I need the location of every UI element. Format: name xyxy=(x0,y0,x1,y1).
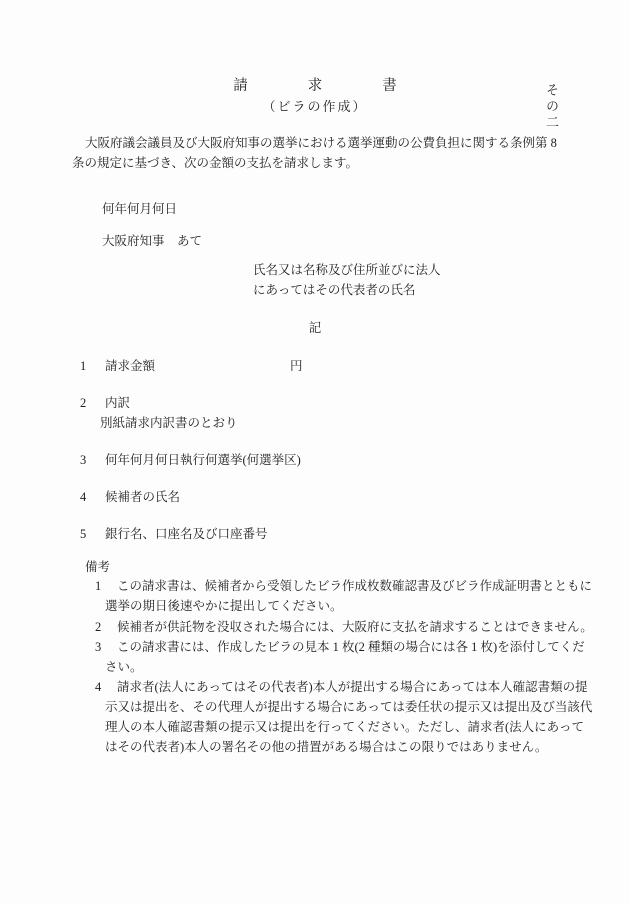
page-title: 請求書 xyxy=(0,76,630,96)
remark-item: 4請求者(法人にあってはその代表者)本人が提出する場合にあっては本人確認書類の提… xyxy=(105,677,593,757)
addressee-line: 大阪府知事 あて xyxy=(102,231,202,251)
remarks-heading: 備考 xyxy=(85,557,110,577)
item-label: 何年何月何日執行何選挙(何選挙区) xyxy=(105,453,301,467)
claimant-note-line2: にあってはその代表者の氏名 xyxy=(253,281,441,301)
item-label: 内訳 xyxy=(105,396,130,410)
item-claim-amount: 1請求金額 円 xyxy=(80,356,155,376)
item-candidate-name: 4候補者の氏名 xyxy=(80,487,180,507)
claimant-name-note: 氏名又は名称及び住所並びに法人 にあってはその代表者の氏名 xyxy=(253,261,441,300)
claimant-note-line1: 氏名又は名称及び住所並びに法人 xyxy=(253,261,441,281)
remark-item: 3この請求書には、作成したビラの見本 1 枚(2 種類の場合には各 1 枚)を添… xyxy=(105,637,593,677)
item-election: 3何年何月何日執行何選挙(何選挙区) xyxy=(80,450,301,470)
remark-text: 候補者が供託物を没収された場合には、大阪府に支払を請求することはできません。 xyxy=(117,620,593,634)
remark-number: 2 xyxy=(95,617,117,637)
remark-text: この請求書には、作成したビラの見本 1 枚(2 種類の場合には各 1 枚)を添付… xyxy=(105,640,585,674)
item-number: 1 xyxy=(80,356,105,376)
record-marker: 記 xyxy=(0,318,630,338)
item-number: 4 xyxy=(80,487,105,507)
remark-text: この請求書は、候補者から受領したビラ作成枚数確認書及びビラ作成証明書とともに選挙… xyxy=(105,579,592,613)
remark-text: 請求者(法人にあってはその代表者)本人が提出する場合にあっては本人確認書類の提示… xyxy=(105,680,592,754)
remark-number: 4 xyxy=(95,677,117,697)
sheet-number-label: その二 xyxy=(543,83,559,131)
invoice-form-page: 請求書 （ビラの作成） その二 大阪府議会議員及び大阪府知事の選挙における選挙運… xyxy=(0,0,630,903)
yen-unit-label: 円 xyxy=(290,356,303,376)
item-label: 請求金額 xyxy=(105,359,155,373)
page-subtitle: （ビラの作成） xyxy=(0,97,630,117)
item-label: 銀行名、口座名及び口座番号 xyxy=(105,527,268,541)
intro-paragraph: 大阪府議会議員及び大阪府知事の選挙における選挙運動の公費負担に関する条例第 8 … xyxy=(72,133,569,173)
date-placeholder: 何年何月何日 xyxy=(102,199,177,219)
item-breakdown: 2内訳 別紙請求内訳書のとおり xyxy=(80,393,238,433)
remark-number: 1 xyxy=(95,576,117,596)
item-label: 候補者の氏名 xyxy=(105,490,180,504)
item-number: 3 xyxy=(80,450,105,470)
item-breakdown-detail: 別紙請求内訳書のとおり xyxy=(100,413,238,433)
item-bank-account: 5銀行名、口座名及び口座番号 xyxy=(80,524,268,544)
remark-number: 3 xyxy=(95,637,117,657)
remark-item: 2候補者が供託物を没収された場合には、大阪府に支払を請求することはできません。 xyxy=(105,617,593,637)
item-number: 5 xyxy=(80,524,105,544)
remark-item: 1この請求書は、候補者から受領したビラ作成枚数確認書及びビラ作成証明書とともに選… xyxy=(105,576,593,616)
item-number: 2 xyxy=(80,393,105,413)
